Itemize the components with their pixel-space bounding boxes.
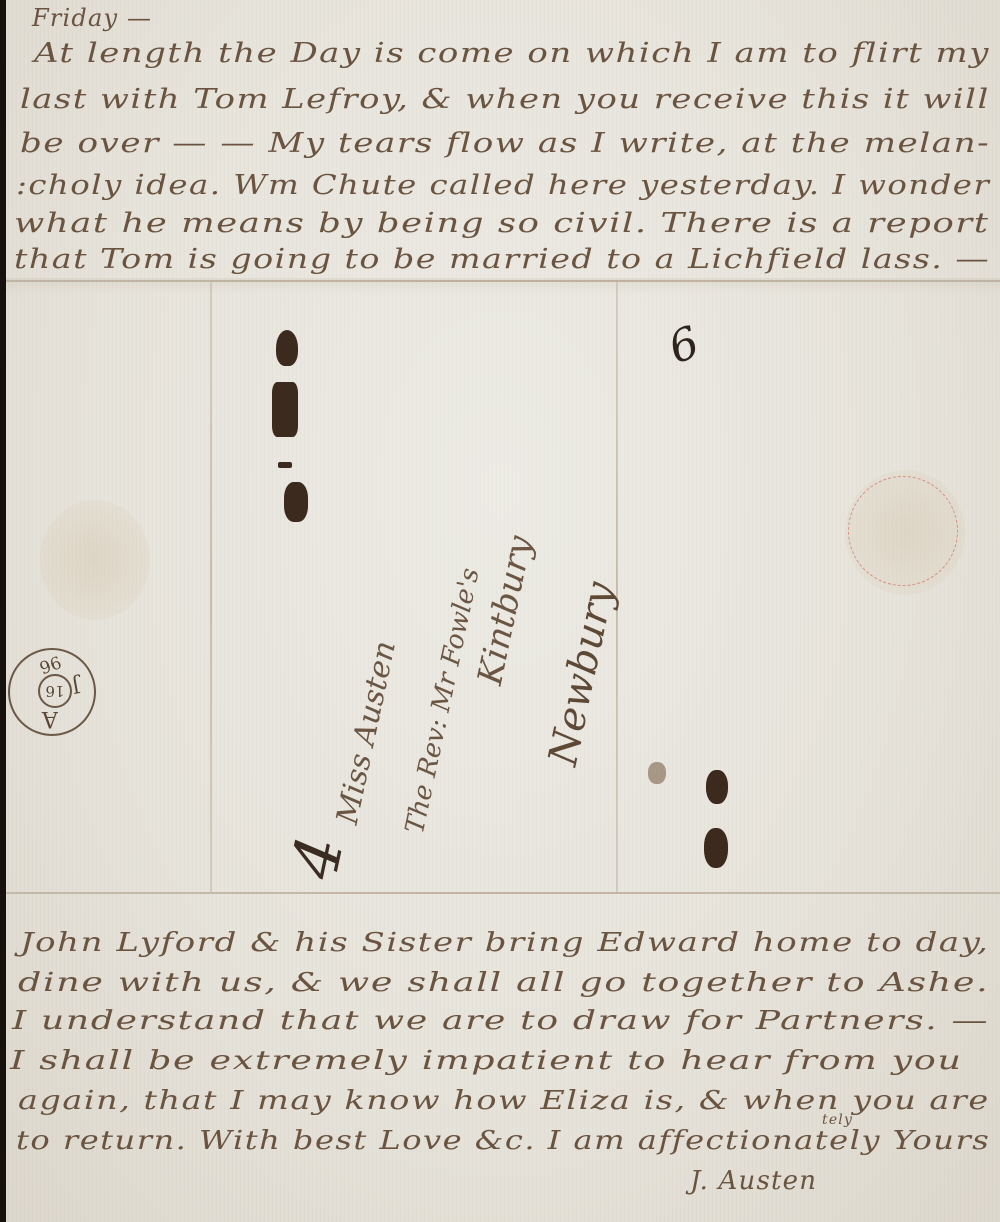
scan-edge [0, 0, 6, 1222]
seal-ink-mark [284, 482, 308, 522]
letter-heading: Friday — [32, 4, 152, 32]
fold-line-left [210, 282, 212, 892]
postage-mark: 4 [278, 830, 359, 885]
letter-line: be over — — My tears flow as I write, at… [20, 128, 990, 159]
postmark-stamp: 96 16 A J [8, 648, 96, 736]
red-stamp-trace [848, 476, 958, 586]
seal-ink-mark [276, 330, 298, 366]
postmark-letter: A [42, 706, 58, 731]
letter-page: Friday — At length the Day is come on wh… [0, 0, 1000, 1222]
address-line: Kintbury [470, 532, 541, 688]
letter-line: At length the Day is come on which I am … [34, 38, 990, 69]
postage-rate-numeral: 6 [662, 317, 706, 375]
seal-ink-mark [272, 382, 298, 437]
postmark-month: J [70, 673, 82, 698]
letter-line: what he means by being so civil. There i… [14, 208, 990, 239]
fold-line-bottom [6, 892, 1000, 894]
address-line: Miss Austen [330, 638, 403, 827]
letter-line: I understand that we are to draw for Par… [12, 1006, 989, 1036]
letter-line: John Lyford & his Sister bring Edward ho… [20, 928, 989, 958]
ink-blot [704, 828, 728, 868]
signature: J. Austen [690, 1166, 817, 1196]
superscript-abbrev: tely [822, 1112, 853, 1128]
wax-stain-left [40, 500, 150, 620]
letter-line: dine with us, & we shall all go together… [18, 968, 989, 998]
seal-ink-mark [278, 462, 292, 468]
ink-blot [706, 770, 728, 804]
postmark-day: 16 [38, 674, 72, 708]
address-line: Newbury [540, 578, 624, 769]
letter-line: that Tom is going to be married to a Lic… [14, 244, 990, 275]
fold-line-top [6, 280, 1000, 282]
ink-blot [648, 762, 666, 784]
letter-line: :choly idea. Wm Chute called here yester… [16, 170, 990, 201]
letter-line: to return. With best Love &c. I am affec… [16, 1126, 990, 1156]
letter-line: last with Tom Lefroy, & when you receive… [20, 84, 990, 115]
address-line: The Rev: Mr Fowle's [400, 565, 486, 836]
letter-line: I shall be extremely impatient to hear f… [10, 1046, 963, 1076]
